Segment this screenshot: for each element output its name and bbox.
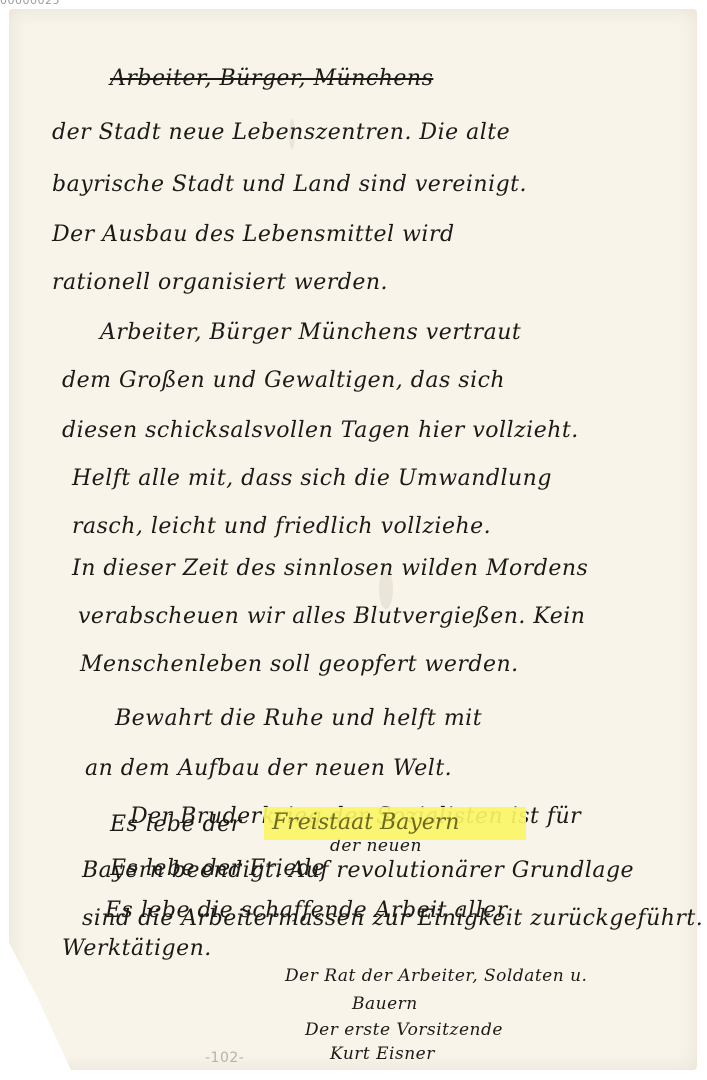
text-line: Es lebe die schaffende Arbeit aller	[105, 898, 508, 923]
text-line: dem Großen und Gewaltigen, das sich	[62, 368, 505, 393]
text-line: rationell organisiert werden.	[52, 270, 388, 295]
text-line: Es lebe der Friede	[110, 856, 325, 881]
text-line: verabscheuen wir alles Blutvergießen. Ke…	[78, 604, 585, 629]
text-line: diesen schicksalsvollen Tagen hier vollz…	[62, 418, 579, 443]
text-line: Helft alle mit, dass sich die Umwandlung	[72, 466, 552, 491]
text-line: Werktätigen.	[62, 936, 212, 961]
text-line: rasch, leicht und friedlich vollziehe.	[72, 514, 491, 539]
text-line: In dieser Zeit des sinnlosen wilden Mord…	[72, 556, 588, 581]
text-line: Arbeiter, Bürger Münchens vertraut	[100, 320, 521, 345]
text-line: der Stadt neue Lebenszentren. Die alte	[52, 120, 510, 145]
text-line: Menschenleben soll geopfert werden.	[80, 652, 519, 677]
text-line-es-lebe: Es lebe der	[110, 812, 242, 837]
text-line: bayrische Stadt und Land sind vereinigt.	[52, 172, 527, 197]
signature-line-2: Bauern	[352, 994, 418, 1014]
crossed-heading: Arbeiter, Bürger, Münchens	[110, 66, 433, 91]
highlighted-phrase: Freistaat Bayern	[272, 810, 459, 835]
text-line: an dem Aufbau der neuen Welt.	[85, 756, 452, 781]
scan-id-label: 00000025	[0, 0, 60, 7]
text-line: Bewahrt die Ruhe und helft mit	[115, 706, 482, 731]
signature-line-1: Der Rat der Arbeiter, Soldaten u.	[285, 966, 587, 986]
signature-name: Kurt Eisner	[330, 1044, 435, 1064]
signature-line-3: Der erste Vorsitzende	[305, 1020, 503, 1040]
text-line: Der Ausbau des Lebensmittel wird	[52, 222, 455, 247]
page-number: -102-	[205, 1050, 244, 1066]
